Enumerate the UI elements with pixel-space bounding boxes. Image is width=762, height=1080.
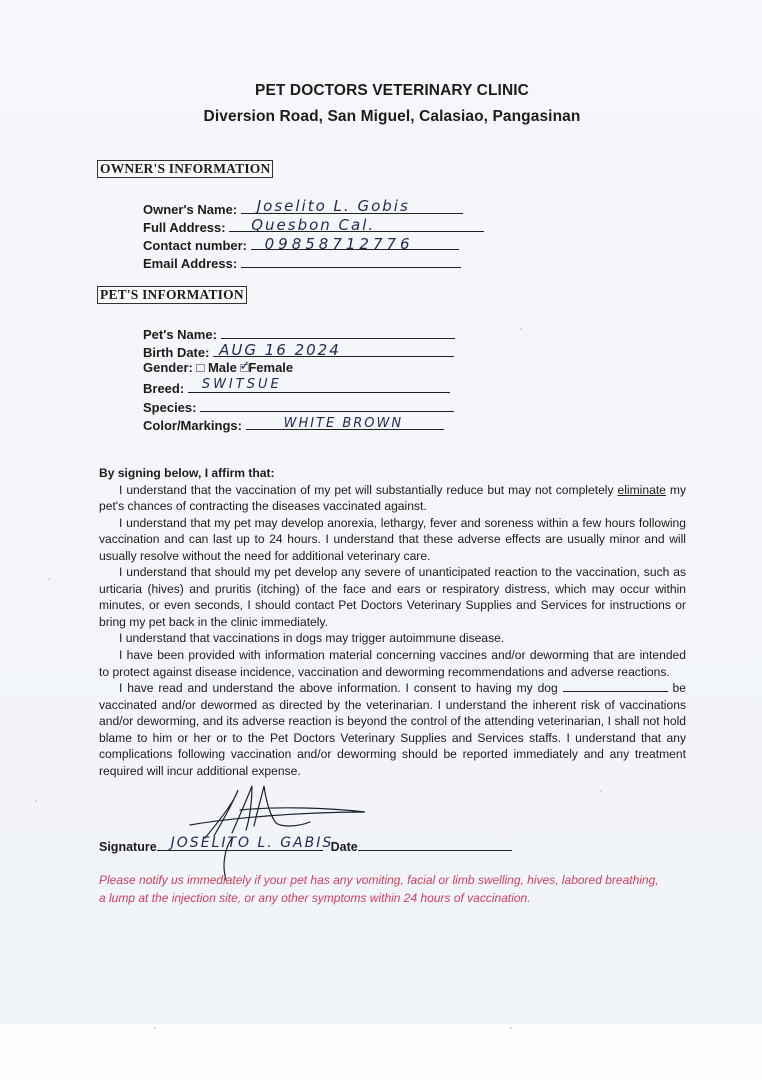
scan-speck	[35, 800, 37, 802]
scan-speck	[154, 1027, 156, 1029]
post-vaccination-notice: Please notify us immediately if your pet…	[99, 871, 659, 907]
scan-speck	[520, 328, 522, 330]
scan-speck	[510, 1027, 512, 1029]
signature-scribble-icon	[0, 0, 762, 1080]
scan-speck	[600, 790, 602, 792]
scan-speck	[48, 578, 50, 580]
